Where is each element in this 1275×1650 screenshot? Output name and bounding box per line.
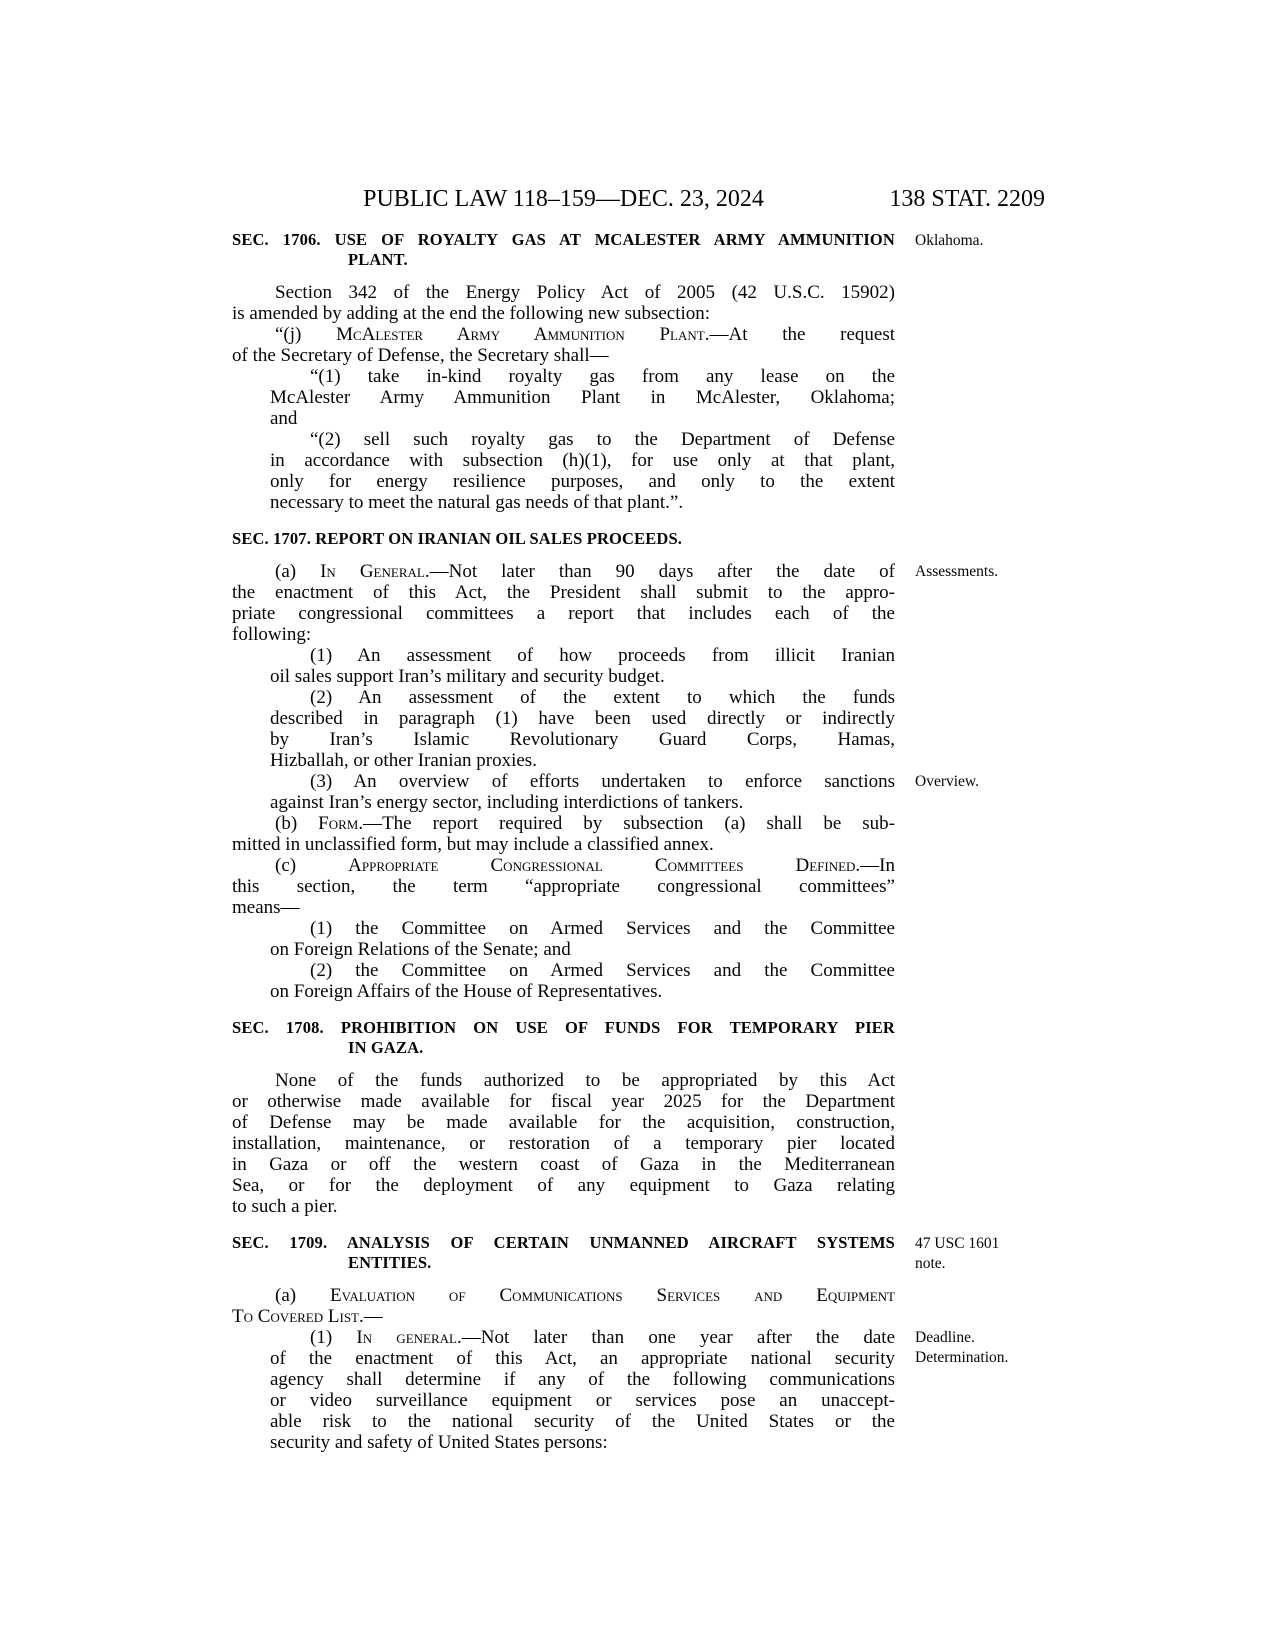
body-column: SEC. 1706. USE OF ROYALTY GAS AT MCALEST… <box>232 214 895 1453</box>
text-line: SEC. 1707. REPORT ON IRANIAN OIL SALES P… <box>232 529 895 549</box>
text-line: on Foreign Affairs of the House of Repre… <box>232 981 895 1002</box>
text-line: necessary to meet the natural gas needs … <box>232 492 895 513</box>
sec-1707-c-para-1: (1) the Committee on Armed Services and … <box>232 918 895 960</box>
small-caps-text: In general <box>356 1327 457 1348</box>
margin-note-line: Overview. <box>915 772 1093 792</box>
sec-1707-subsec-b: (b) Form.—The report required by subsect… <box>232 813 895 855</box>
header-law-title: PUBLIC LAW 118–159—DEC. 23, 2024 <box>232 186 895 213</box>
text-line: agency shall determine if any of the fol… <box>232 1369 895 1390</box>
text-line: Sea, or for the deployment of any equipm… <box>232 1175 895 1196</box>
text-line: of the Secretary of Defense, the Secreta… <box>232 345 895 366</box>
text-line: ENTITIES. <box>232 1253 895 1273</box>
text-line: and <box>232 408 895 429</box>
margin-note-line: 47 USC 1601 <box>915 1234 1093 1254</box>
text-line: (a) Evaluation of Communications Service… <box>232 1285 895 1306</box>
text-line: of the enactment of this Act, an appropr… <box>232 1348 895 1369</box>
margin-note-line: Determination. <box>915 1348 1093 1368</box>
margin-note: Deadline.Determination. <box>915 1328 1093 1368</box>
text-line: McAlester Army Ammunition Plant in McAle… <box>232 387 895 408</box>
sec-1707-para-1: (1) An assessment of how proceeds from i… <box>232 645 895 687</box>
margin-note: 47 USC 1601note. <box>915 1234 1093 1274</box>
text-line: “(j) McAlester Army Ammunition Plant.—At… <box>232 324 895 345</box>
sec-1709-para-1: (1) In general.—Not later than one year … <box>232 1327 895 1453</box>
text-line: (2) An assessment of the extent to which… <box>232 687 895 708</box>
small-caps-text: Form <box>318 813 358 834</box>
text-line: of Defense may be made available for the… <box>232 1112 895 1133</box>
text-line: (3) An overview of efforts undertaken to… <box>232 771 895 792</box>
small-caps-text: Appropriate Congressional Committees Def… <box>348 855 855 876</box>
margin-note: Assessments. <box>915 562 1093 582</box>
text-line: by Iran’s Islamic Revolutionary Guard Co… <box>232 729 895 750</box>
text-line: or otherwise made available for fiscal y… <box>232 1091 895 1112</box>
sec-1708-para: None of the funds authorized to be appro… <box>232 1070 895 1217</box>
text-line: is amended by adding at the end the foll… <box>232 303 895 324</box>
text-line: (b) Form.—The report required by subsect… <box>232 813 895 834</box>
margin-note: Oklahoma. <box>915 231 1093 251</box>
sec-1707-heading: SEC. 1707. REPORT ON IRANIAN OIL SALES P… <box>232 529 895 549</box>
sec-1708-heading: SEC. 1708. PROHIBITION ON USE OF FUNDS F… <box>232 1018 895 1058</box>
sec-1709-subsec-a: (a) Evaluation of Communications Service… <box>232 1285 895 1327</box>
text-line: None of the funds authorized to be appro… <box>232 1070 895 1091</box>
margin-note-line: note. <box>915 1254 1093 1274</box>
text-line: installation, maintenance, or restoratio… <box>232 1133 895 1154</box>
text-line: or video surveillance equipment or servi… <box>232 1390 895 1411</box>
margin-note-line: Deadline. <box>915 1328 1093 1348</box>
text-line: IN GAZA. <box>232 1038 895 1058</box>
text-line: oil sales support Iran’s military and se… <box>232 666 895 687</box>
text-line: SEC. 1708. PROHIBITION ON USE OF FUNDS F… <box>232 1018 895 1038</box>
sec-1706-para-2: “(2) sell such royalty gas to the Depart… <box>232 429 895 513</box>
text-line: mitted in unclassified form, but may inc… <box>232 834 895 855</box>
sec-1706-para-1: “(1) take in-kind royalty gas from any l… <box>232 366 895 429</box>
sec-1706-heading: SEC. 1706. USE OF ROYALTY GAS AT MCALEST… <box>232 230 895 270</box>
sec-1706-para-intro: Section 342 of the Energy Policy Act of … <box>232 282 895 324</box>
sec-1707-para-3: (3) An overview of efforts undertaken to… <box>232 771 895 813</box>
margin-note: Overview. <box>915 772 1093 792</box>
text-line: to such a pier. <box>232 1196 895 1217</box>
text-line: Section 342 of the Energy Policy Act of … <box>232 282 895 303</box>
small-caps-text: Evaluation of Communications Services an… <box>330 1285 895 1306</box>
text-line: the enactment of this Act, the President… <box>232 582 895 603</box>
text-line: “(2) sell such royalty gas to the Depart… <box>232 429 895 450</box>
text-line: “(1) take in-kind royalty gas from any l… <box>232 366 895 387</box>
text-line: priate congressional committees a report… <box>232 603 895 624</box>
text-line: against Iran’s energy sector, including … <box>232 792 895 813</box>
margin-note-line: Oklahoma. <box>915 231 1093 251</box>
text-line: on Foreign Relations of the Senate; and <box>232 939 895 960</box>
small-caps-text: McAlester Army Ammunition Plant <box>336 324 705 345</box>
text-line: able risk to the national security of th… <box>232 1411 895 1432</box>
text-line: means— <box>232 897 895 918</box>
text-line: (1) the Committee on Armed Services and … <box>232 918 895 939</box>
text-line: To Covered List.— <box>232 1306 895 1327</box>
sec-1707-subsec-c: (c) Appropriate Congressional Committees… <box>232 855 895 918</box>
sec-1706-subsec-j: “(j) McAlester Army Ammunition Plant.—At… <box>232 324 895 366</box>
text-line: security and safety of United States per… <box>232 1432 895 1453</box>
text-line: (1) An assessment of how proceeds from i… <box>232 645 895 666</box>
text-line: SEC. 1709. ANALYSIS OF CERTAIN UNMANNED … <box>232 1233 895 1253</box>
text-line: (2) the Committee on Armed Services and … <box>232 960 895 981</box>
text-line: (1) In general.—Not later than one year … <box>232 1327 895 1348</box>
sec-1707-subsec-a: (a) In General.—Not later than 90 days a… <box>232 561 895 645</box>
statute-page: PUBLIC LAW 118–159—DEC. 23, 2024 138 STA… <box>0 0 1275 1650</box>
text-line: in accordance with subsection (h)(1), fo… <box>232 450 895 471</box>
sec-1707-para-2: (2) An assessment of the extent to which… <box>232 687 895 771</box>
small-caps-text: To Covered List <box>232 1306 359 1327</box>
small-caps-text: In General <box>320 561 425 582</box>
margin-note-line: Assessments. <box>915 562 1093 582</box>
text-line: this section, the term “appropriate cong… <box>232 876 895 897</box>
text-line: described in paragraph (1) have been use… <box>232 708 895 729</box>
text-line: following: <box>232 624 895 645</box>
sec-1709-heading: SEC. 1709. ANALYSIS OF CERTAIN UNMANNED … <box>232 1233 895 1273</box>
text-line: in Gaza or off the western coast of Gaza… <box>232 1154 895 1175</box>
text-line: PLANT. <box>232 250 895 270</box>
text-line: (c) Appropriate Congressional Committees… <box>232 855 895 876</box>
header-stat-page: 138 STAT. 2209 <box>860 186 1045 213</box>
text-line: (a) In General.—Not later than 90 days a… <box>232 561 895 582</box>
text-line: only for energy resilience purposes, and… <box>232 471 895 492</box>
text-line: SEC. 1706. USE OF ROYALTY GAS AT MCALEST… <box>232 230 895 250</box>
sec-1707-c-para-2: (2) the Committee on Armed Services and … <box>232 960 895 1002</box>
text-line: Hizballah, or other Iranian proxies. <box>232 750 895 771</box>
